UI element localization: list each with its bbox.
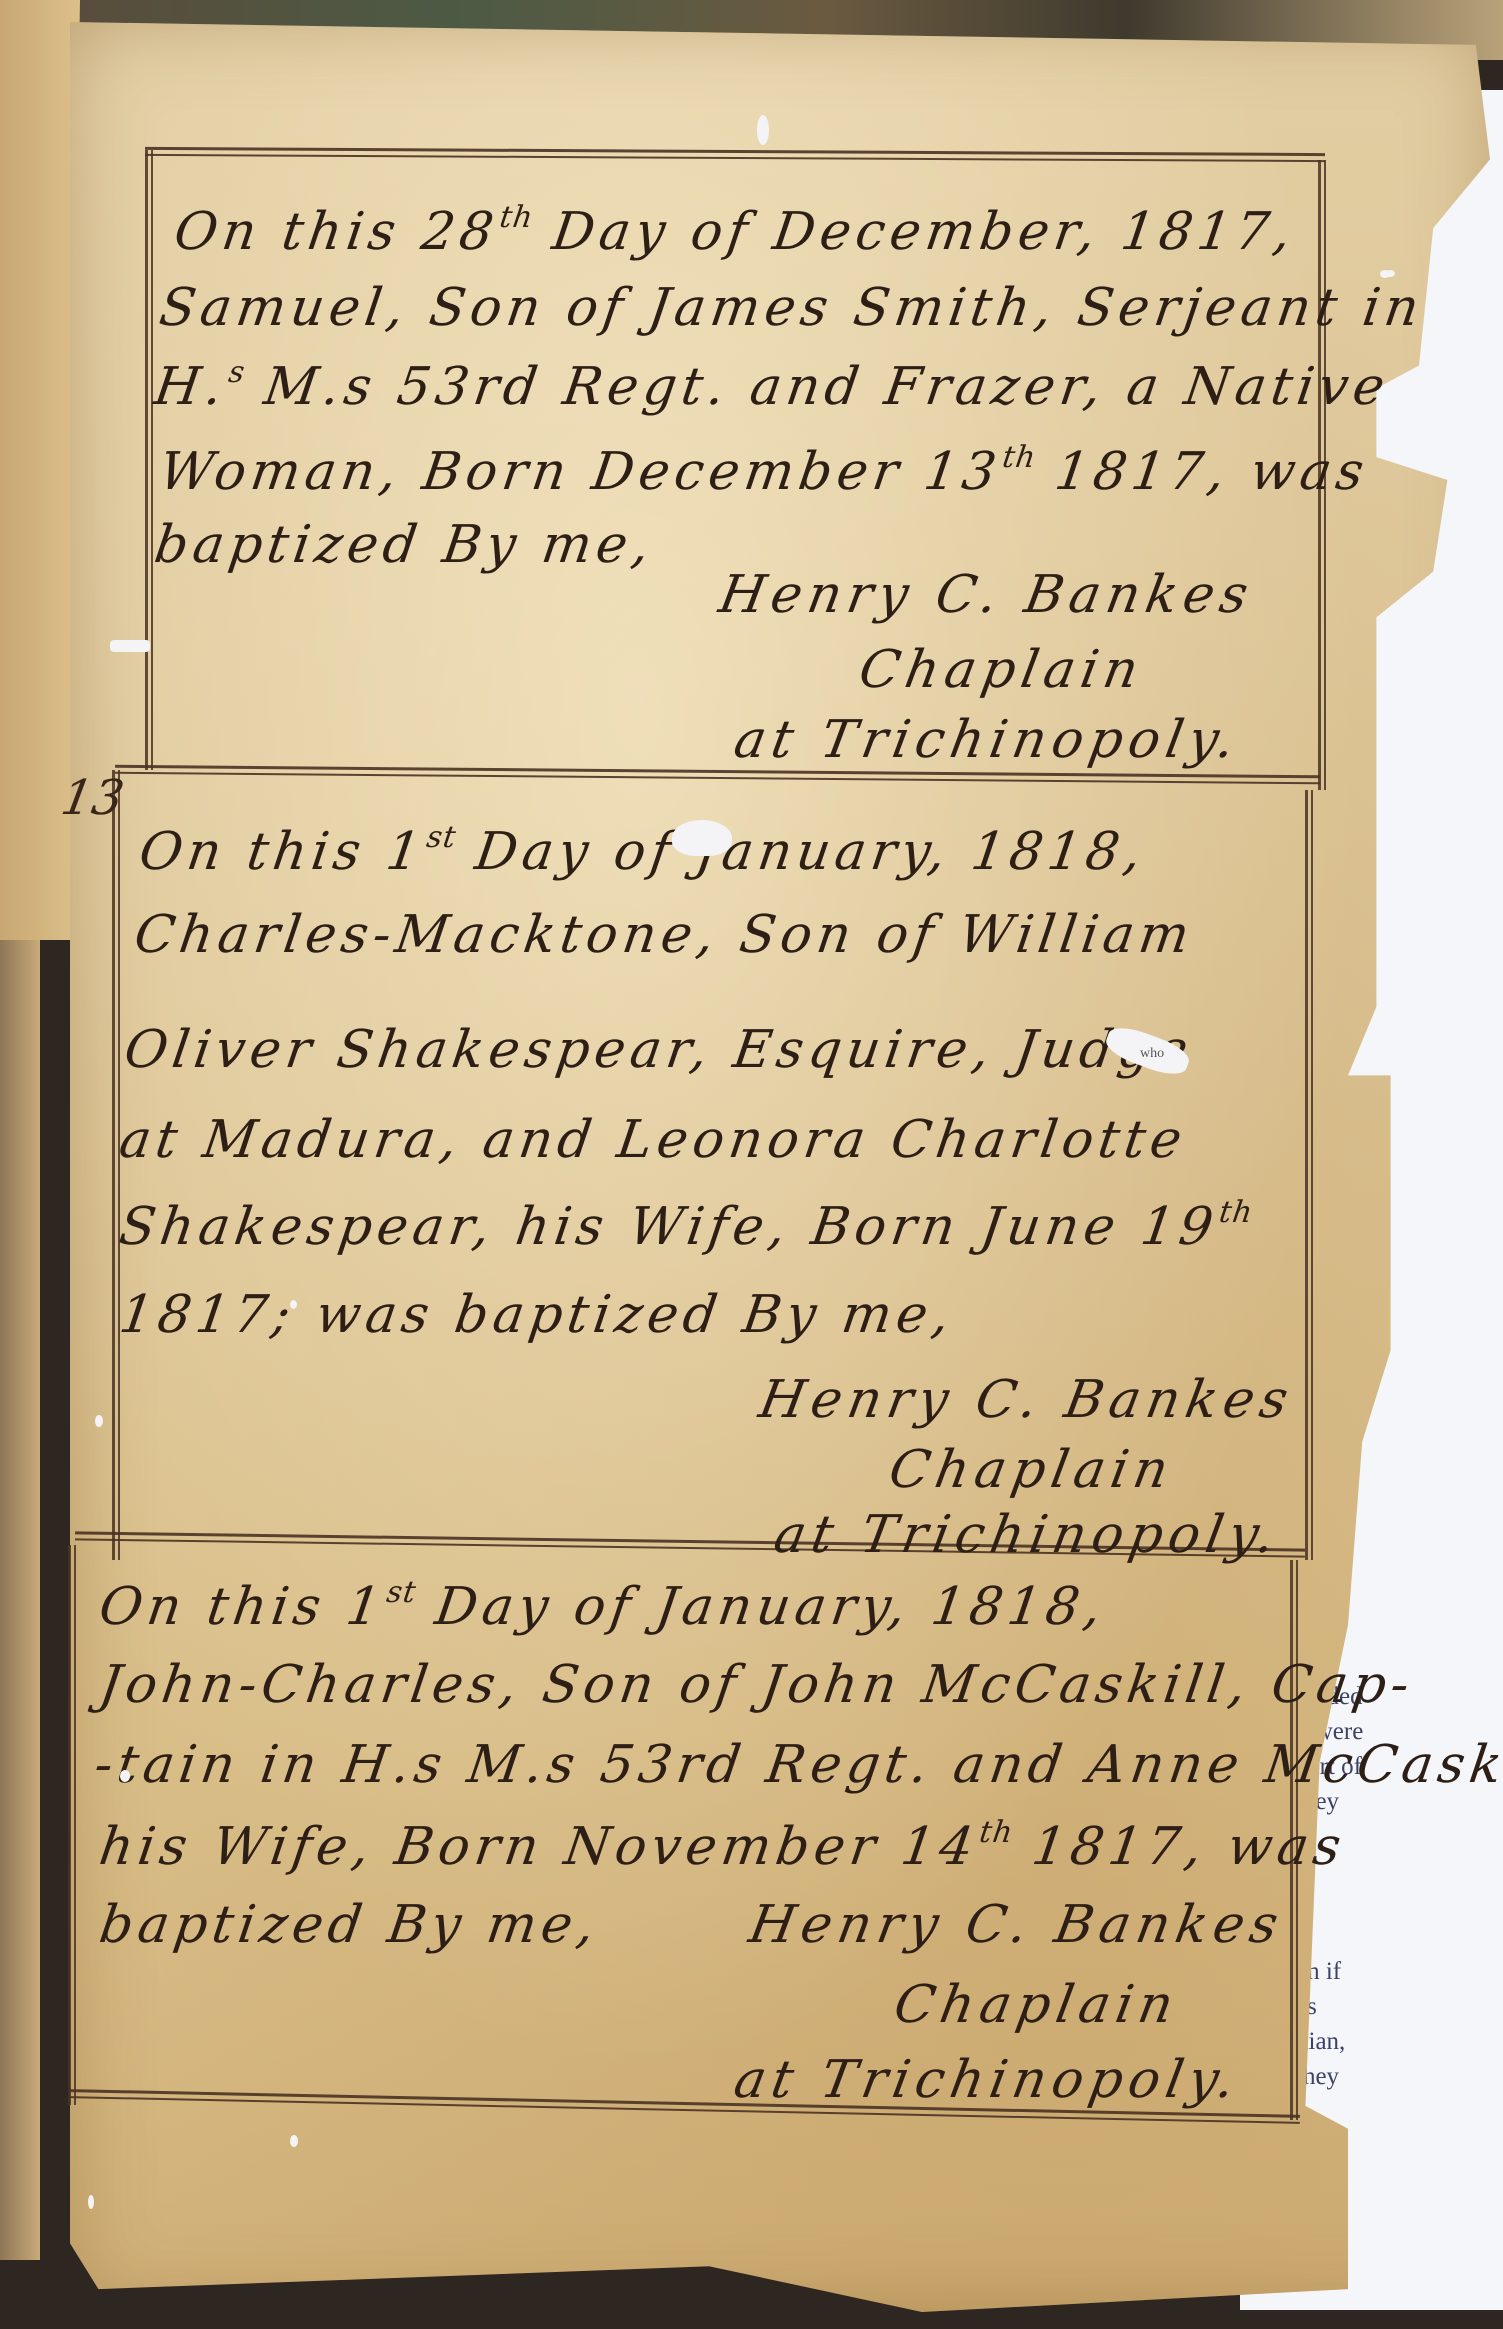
book-spine	[0, 940, 40, 2260]
signature-place: at Trichinopoly.	[730, 2050, 1245, 2110]
signature-name: Henry C. Bankes	[715, 565, 1259, 625]
entry-line: Samuel, Son of James Smith, Serjeant in	[156, 278, 1428, 338]
paper-hole	[88, 2195, 94, 2209]
entry-line: On this 28th Day of December, 1817,	[171, 200, 1300, 262]
entry-line: Charles-Macktone, Son of William	[131, 905, 1198, 965]
entry-line: at Madura, and Leonora Charlotte	[116, 1110, 1191, 1170]
frame-rule-left-1	[145, 150, 153, 770]
paper-hole	[757, 115, 769, 145]
entry-line: 1817; was baptized By me,	[116, 1285, 958, 1345]
signature-title: Chaplain	[855, 640, 1149, 700]
entry-line: his Wife, Born November 14th 1817, was	[96, 1815, 1350, 1877]
entry-line: baptized By me,	[96, 1895, 603, 1955]
signature-name: Henry C. Bankes	[755, 1370, 1299, 1430]
entry-line: On this 1st Day of January, 1818,	[136, 820, 1150, 882]
entry-line: H.s M.s 53rd Regt. and Frazer, a Native	[151, 355, 1394, 417]
entry-line: baptized By me,	[151, 515, 658, 575]
entry-line: Shakespear, his Wife, Born June 19th	[116, 1195, 1256, 1257]
paper-hole	[95, 1415, 103, 1427]
frame-rule-right-2	[1305, 790, 1313, 1560]
signature-title: Chaplain	[885, 1440, 1179, 1500]
signature-place: at Trichinopoly.	[770, 1505, 1285, 1565]
signature-name: Henry C. Bankes	[745, 1895, 1289, 1955]
paper-hole	[120, 1770, 130, 1782]
entry-line: On this 1st Day of January, 1818,	[96, 1575, 1110, 1637]
margin-entry-number: 13	[57, 770, 128, 826]
paper-hole	[290, 1300, 297, 1309]
signature-place: at Trichinopoly.	[730, 710, 1245, 770]
entry-line: Woman, Born December 13th 1817, was	[156, 440, 1373, 502]
frame-rule-left-3	[68, 1545, 76, 2105]
paper-hole	[290, 2135, 298, 2147]
hole-printed-fragment: who	[1140, 1046, 1164, 1062]
paper-hole	[672, 820, 732, 856]
entry-line: -tain in H.s M.s 53rd Regt. and Anne McC…	[91, 1735, 1503, 1795]
signature-title: Chaplain	[890, 1975, 1184, 2035]
paper-hole	[110, 640, 150, 652]
entry-line: Oliver Shakespear, Esquire, Judge	[121, 1020, 1197, 1080]
entry-line: John-Charles, Son of John McCaskill, Cap…	[96, 1655, 1418, 1715]
paper-hole	[1380, 270, 1390, 278]
